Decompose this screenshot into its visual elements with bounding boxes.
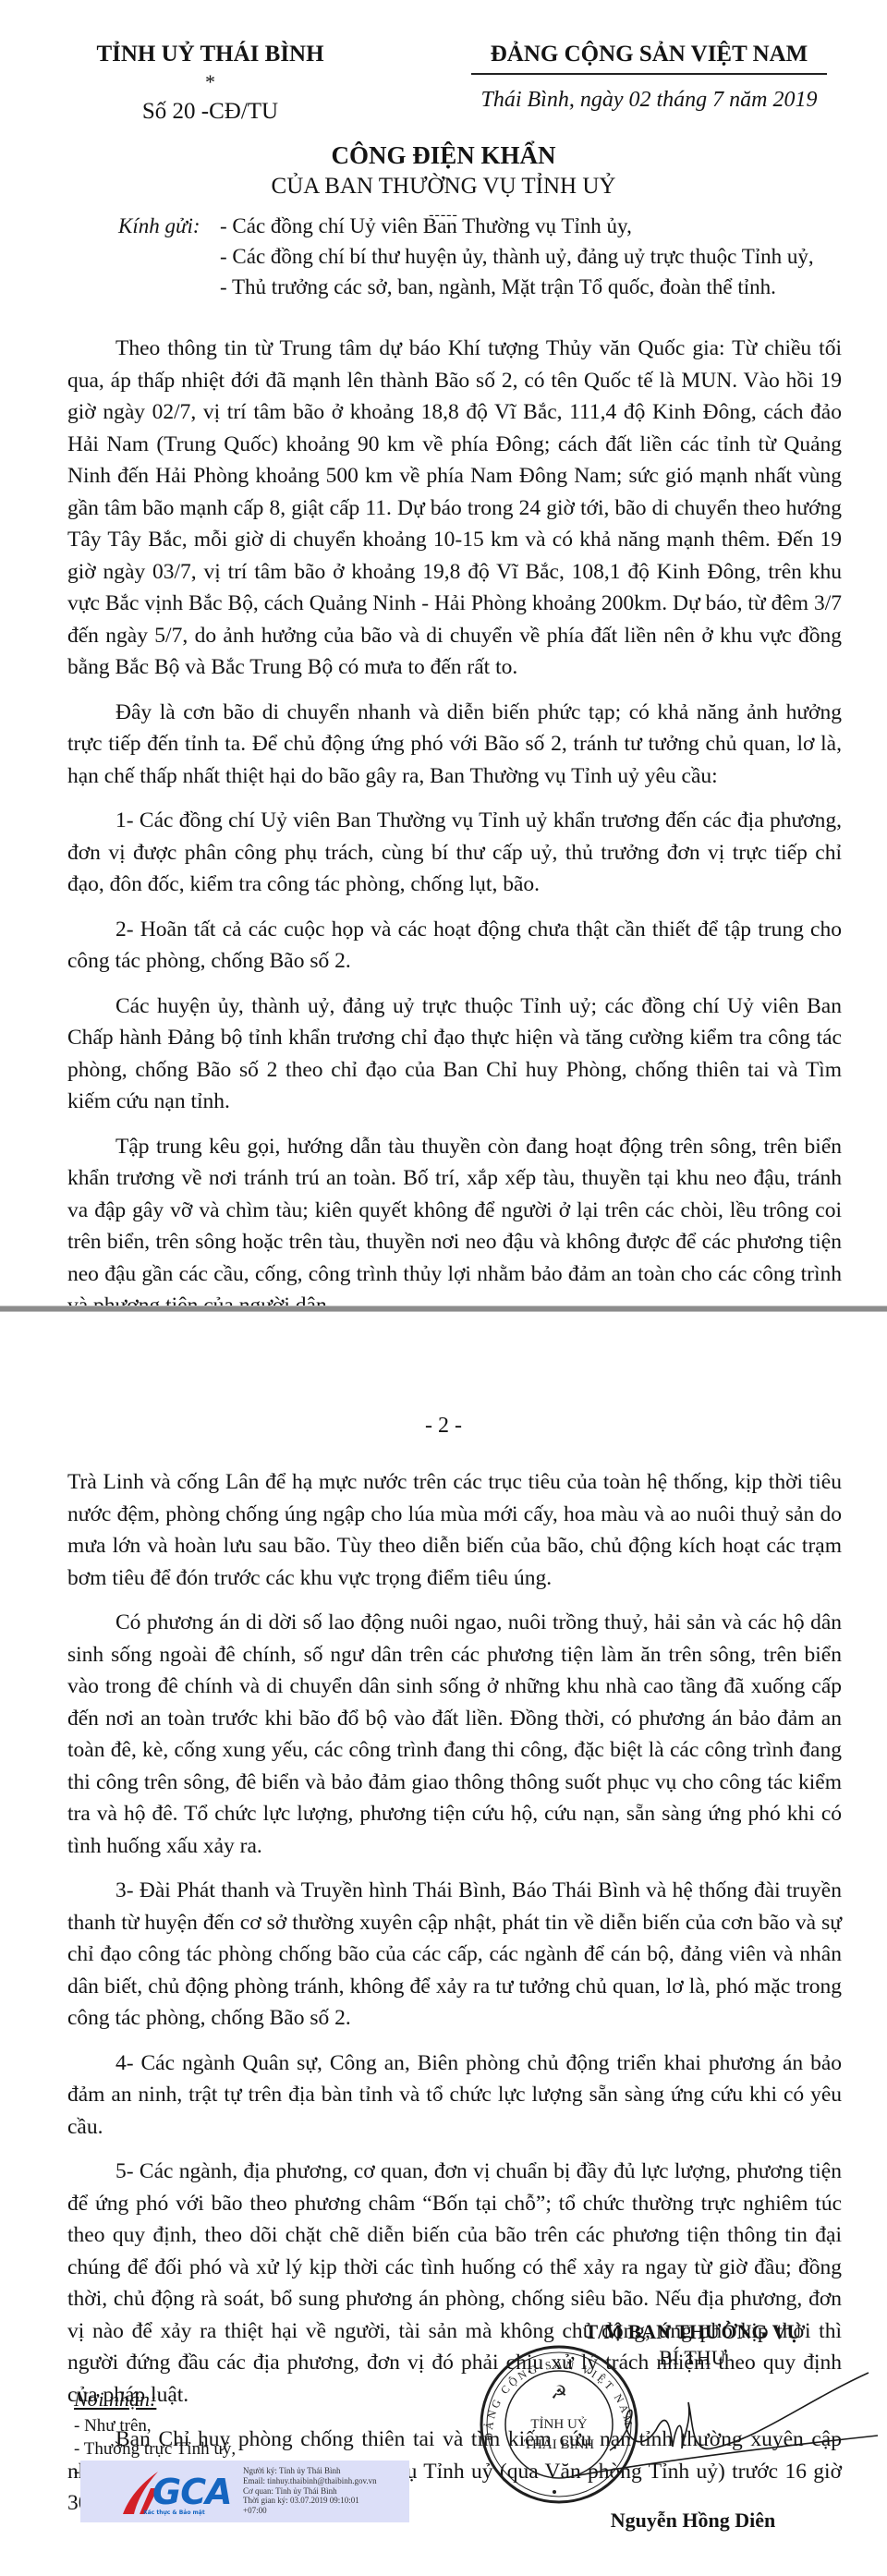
vgca-logo-text: GCA	[152, 2473, 232, 2510]
recipient-item: - Thủ trưởng các sở, ban, ngành, Mặt trậ…	[220, 272, 839, 302]
email-line: Email: tinhuy.thaibinh@thaibinh.gov.vn	[243, 2476, 377, 2486]
recipients-block: Kính gửi: - Các đồng chí Uỷ viên Ban Thư…	[118, 211, 839, 302]
signed-time-line: Thời gian ký: 03.07.2019 09:10:01	[243, 2496, 377, 2506]
document-subtitle: CỦA BAN THƯỜNG VỤ TỈNH UỶ	[0, 172, 887, 201]
vgca-logo: GCA Xác thực & Bảo mật	[117, 2468, 237, 2520]
signature-block: T/M BAN THƯỜNG VỤ BÍ THƯ Nguyễn Hồng Diê…	[554, 2319, 832, 2371]
page-number: - 2 -	[0, 1414, 887, 1439]
issuing-organization-block: TỈNH UỶ THÁI BÌNH * Số 20 -CĐ/TU	[88, 39, 333, 128]
page1-body: Theo thông tin từ Trung tâm dự báo Khí t…	[67, 333, 842, 1476]
signer-name: Nguyễn Hồng Diên	[554, 2509, 832, 2533]
recipient-item: - Các đồng chí Uỷ viên Ban Thường vụ Tỉn…	[220, 211, 839, 241]
party-name: ĐẢNG CỘNG SẢN VIỆT NAM	[471, 39, 827, 75]
digital-signature-info: Người ký: Tỉnh ủy Thái Bình Email: tinhu…	[243, 2466, 377, 2516]
agency-line: Cơ quan: Tỉnh ủy Thái Bình	[243, 2486, 377, 2497]
paragraph-item-1: 1- Các đồng chí Uỷ viên Ban Thường vụ Tỉ…	[67, 805, 842, 901]
digital-signature-box: GCA Xác thực & Bảo mật Người ký: Tỉnh ủy…	[80, 2461, 409, 2522]
signer-role-line-1: T/M BAN THƯỜNG VỤ	[554, 2319, 832, 2345]
vgca-tagline: Xác thực & Bảo mật	[143, 2509, 205, 2516]
document-number: Số 20 -CĐ/TU	[88, 96, 333, 128]
receivers-title: Nơi nhận:	[74, 2387, 370, 2412]
receiver-item: - Thường trực Tỉnh uỷ,	[74, 2437, 370, 2461]
document-page-1: TỈNH UỶ THÁI BÌNH * Số 20 -CĐ/TU ĐẢNG CỘ…	[0, 0, 887, 1306]
page-separator	[0, 1306, 887, 1312]
place-date: Thái Bình, ngày 02 tháng 7 năm 2019	[471, 84, 827, 115]
recipients-label: Kính gửi:	[118, 211, 200, 241]
signer-role-line-2: BÍ THƯ	[554, 2345, 832, 2371]
handwritten-signature	[573, 2365, 878, 2495]
party-header-block: ĐẢNG CỘNG SẢN VIỆT NAM Thái Bình, ngày 0…	[471, 39, 827, 115]
signer-line: Người ký: Tỉnh ủy Thái Bình	[243, 2466, 377, 2476]
paragraph-item-4: 4- Các ngành Quân sự, Công an, Biên phòn…	[67, 2047, 842, 2144]
paragraph-continuation: Trà Linh và cống Lân để hạ mực nước trên…	[67, 1466, 842, 1594]
receiver-item: - Như trên,	[74, 2414, 370, 2437]
document-page-2: - 2 - Trà Linh và cống Lân để hạ mực nướ…	[0, 1312, 887, 2576]
paragraph-storm-info: Theo thông tin từ Trung tâm dự báo Khí t…	[67, 333, 842, 684]
timezone-line: +07:00	[243, 2506, 377, 2516]
recipient-item: - Các đồng chí bí thư huyện ủy, thành uỷ…	[220, 241, 839, 272]
star-mark: *	[88, 72, 333, 92]
paragraph-evacuation: Có phương án di dời số lao động nuôi nga…	[67, 1607, 842, 1862]
document-title: CÔNG ĐIỆN KHẨN	[0, 139, 887, 172]
paragraph-boats: Tập trung kêu gọi, hướng dẫn tàu thuyền …	[67, 1131, 842, 1322]
svg-text:☭: ☭	[551, 2383, 567, 2403]
paragraph-district-committees: Các huyện ủy, thành uỷ, đảng uỷ trực thu…	[67, 990, 842, 1118]
organization-name: TỈNH UỶ THÁI BÌNH	[88, 39, 333, 70]
recipients-list: - Các đồng chí Uỷ viên Ban Thường vụ Tỉn…	[220, 211, 839, 302]
paragraph-item-2: 2- Hoãn tất cả các cuộc họp và các hoạt …	[67, 914, 842, 978]
paragraph-requirements-intro: Đây là cơn bão di chuyển nhanh và diễn b…	[67, 697, 842, 793]
paragraph-item-3: 3- Đài Phát thanh và Truyền hình Thái Bì…	[67, 1875, 842, 2035]
